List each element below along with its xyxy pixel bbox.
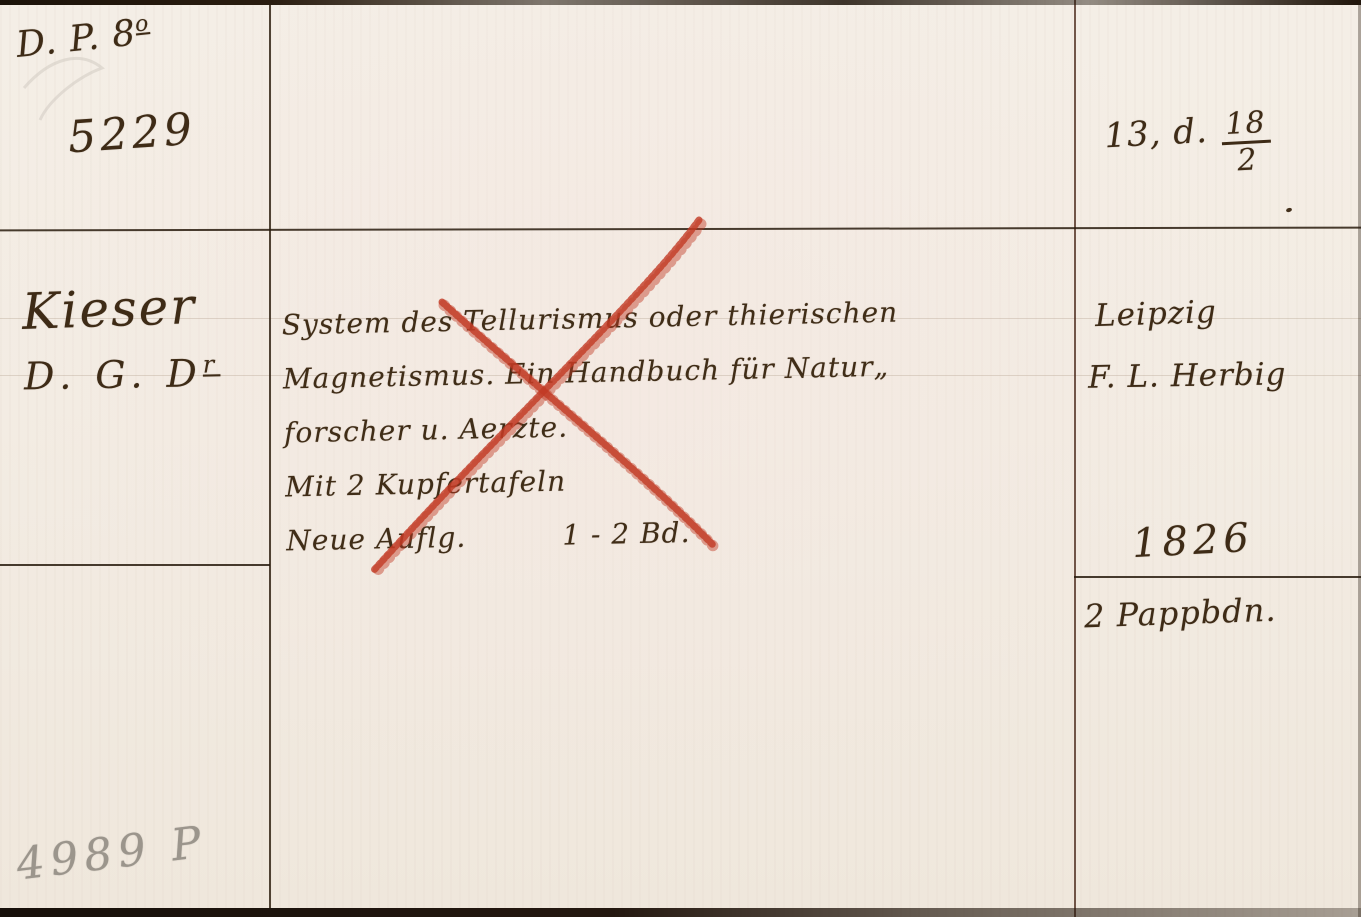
author-initials-sup: r bbox=[203, 350, 221, 378]
imprint-year: 1826 bbox=[1131, 515, 1255, 567]
stray-ink-dot bbox=[1285, 207, 1292, 213]
horizontal-rule-left-mid bbox=[0, 564, 270, 566]
vertical-rule-left bbox=[269, 0, 271, 917]
date-fraction-top: 18 bbox=[1221, 108, 1271, 145]
title-line-5: Neue Auflg.1 - 2 Bd. bbox=[286, 502, 903, 569]
imprint-publisher: F. L. Herbig bbox=[1088, 356, 1287, 395]
edition-note: Neue Auflg. bbox=[286, 521, 467, 558]
shelfmark-format-sup: o bbox=[134, 11, 151, 37]
volumes-note: 1 - 2 Bd. bbox=[562, 516, 691, 552]
vertical-rule-right bbox=[1074, 0, 1076, 917]
date-note: 13, d. 18 2 bbox=[1103, 108, 1272, 184]
pencil-number: 4989 P bbox=[14, 817, 210, 891]
scan-edge-bottom bbox=[0, 908, 1361, 917]
scan-edge-top bbox=[0, 0, 1361, 5]
horizontal-rule-right-mid bbox=[1074, 576, 1361, 578]
author-initials-text: D. G. D bbox=[24, 351, 204, 398]
imprint-place: Leipzig bbox=[1094, 294, 1217, 334]
horizontal-rule-top bbox=[0, 227, 1361, 232]
title-block: System des Tellurismus oder thierischen … bbox=[281, 286, 903, 569]
accession-number: 5229 bbox=[66, 104, 197, 164]
date-fraction-bottom: 2 bbox=[1237, 143, 1259, 176]
author-surname: Kieser bbox=[21, 277, 197, 341]
date-prefix: 13, d. bbox=[1103, 111, 1208, 156]
binding-note: 2 Pappbdn. bbox=[1083, 591, 1277, 636]
spacer bbox=[466, 545, 562, 547]
catalog-card: D. P. 8o 5229 13, d. 18 2 Kieser D. G. D… bbox=[0, 0, 1361, 917]
date-fraction: 18 2 bbox=[1221, 108, 1273, 177]
author-initials: D. G. Dr bbox=[24, 350, 221, 398]
